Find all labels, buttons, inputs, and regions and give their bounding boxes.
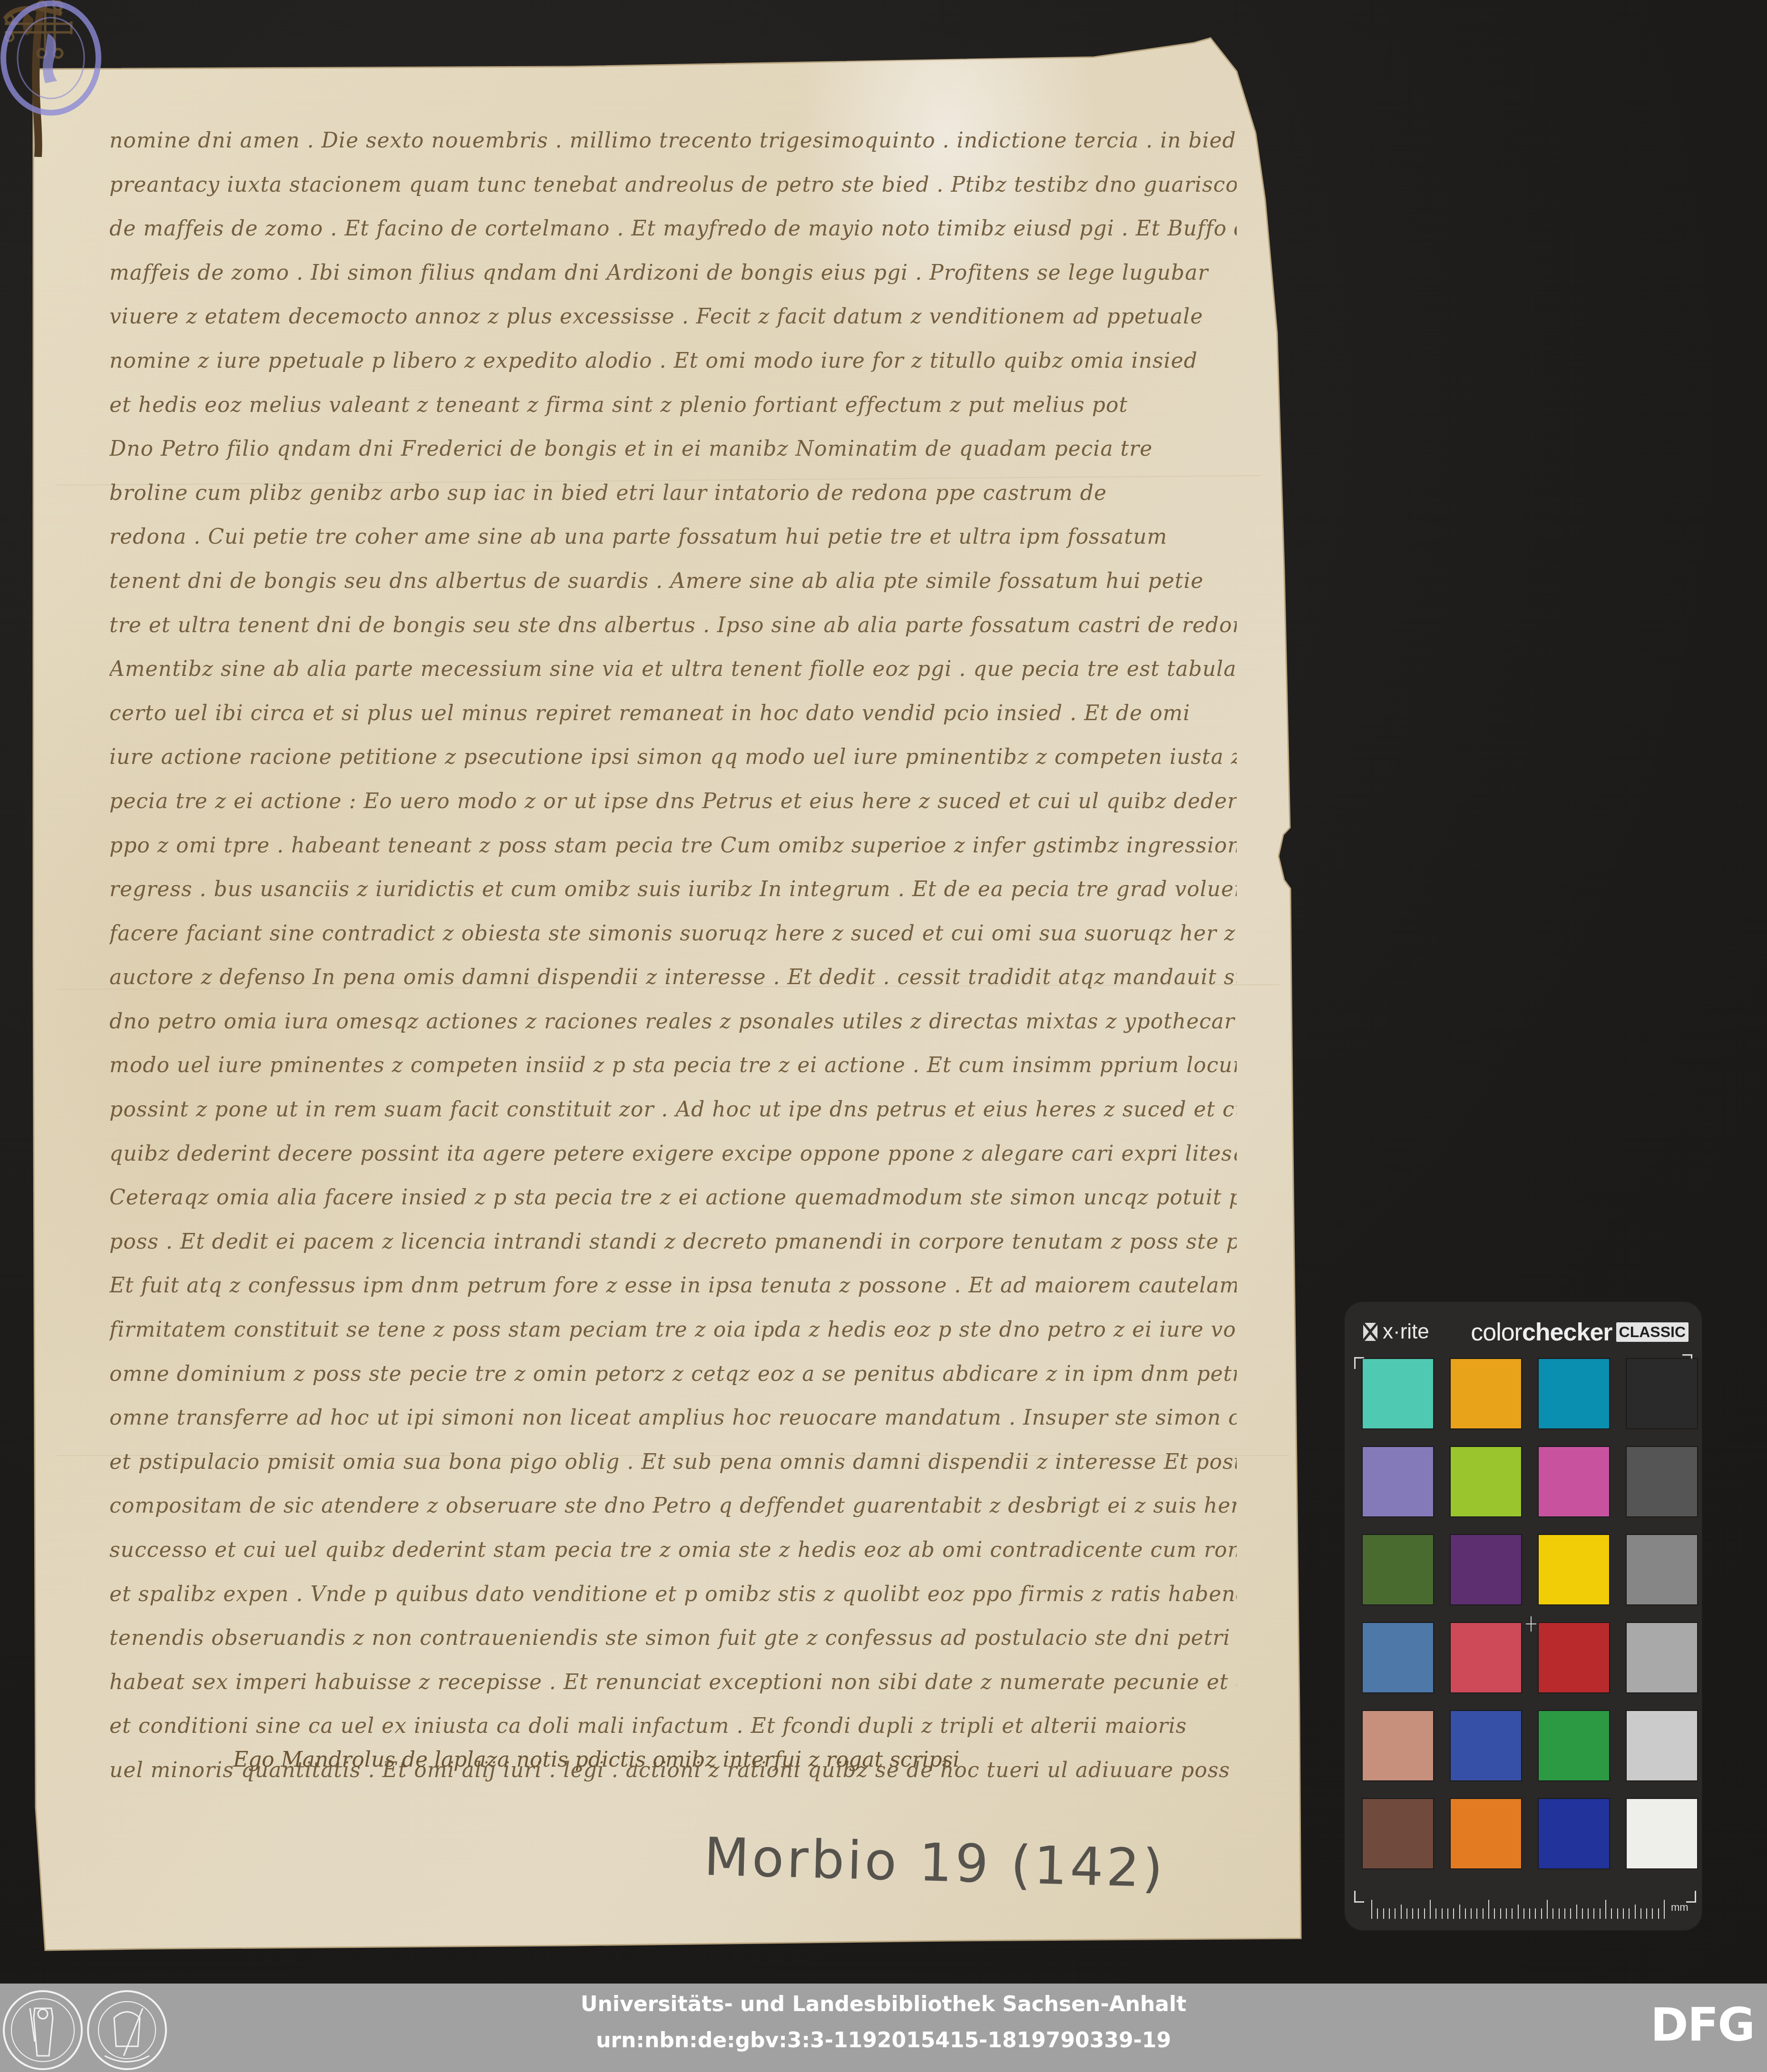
product-name-light: color (1471, 1318, 1522, 1347)
text-line: compositam de sic atendere z obseruare s… (109, 1484, 1237, 1528)
text-line: et spalibz expen . Vnde p quibus dato ve… (109, 1573, 1237, 1617)
footer-bar: Universitäts- und Landesbibliothek Sachs… (0, 1984, 1767, 2072)
text-line: preantacy iuxta stacionem quam tunc tene… (109, 163, 1237, 207)
text-line: dno petro omia iura omesqz actiones z ra… (109, 1000, 1237, 1044)
text-line: Amentibz sine ab alia parte mecessium si… (109, 647, 1237, 692)
charter-text: nomine dni amen . Die sexto nouembris . … (109, 119, 1237, 1793)
notary-subscription: Ego Mandrolus de laplaza notis pdictis o… (233, 1741, 1042, 1779)
color-patch (1451, 1711, 1521, 1780)
xrite-brand-text: x·rite (1383, 1320, 1429, 1344)
color-patch (1627, 1799, 1697, 1868)
mm-ruler (1371, 1898, 1676, 1922)
text-line: successo et cui uel quibz dederint stam … (109, 1528, 1237, 1573)
color-patch (1627, 1359, 1697, 1428)
color-patch (1451, 1623, 1521, 1692)
color-patch (1363, 1447, 1433, 1516)
text-line: tre et ultra tenent dni de bongis seu st… (109, 604, 1237, 648)
text-line: facere faciant sine contradict z obiesta… (109, 912, 1237, 956)
color-patch (1451, 1359, 1521, 1428)
urn-identifier: urn:nbn:de:gbv:3:3-1192015415-1819790339… (0, 2026, 1767, 2055)
edition-badge: CLASSIC (1616, 1322, 1689, 1342)
color-patch (1451, 1535, 1521, 1604)
color-patch (1363, 1535, 1433, 1604)
text-line: firmitatem constituit se tene z poss sta… (109, 1308, 1237, 1352)
dfg-logo: DFG (1650, 2007, 1753, 2043)
text-line: tenent dni de bongis seu dns albertus de… (109, 559, 1237, 604)
text-line: nomine dni amen . Die sexto nouembris . … (109, 119, 1237, 163)
color-patch (1627, 1447, 1697, 1516)
product-name-bold: checker (1522, 1318, 1612, 1347)
text-line: redona . Cui petie tre coher ame sine ab… (109, 515, 1237, 559)
text-line: omne dominium z poss ste pecie tre z omi… (109, 1352, 1237, 1397)
text-line: Ceteraqz omia alia facere insied z p sta… (109, 1176, 1237, 1220)
color-patch (1539, 1799, 1609, 1868)
xrite-logo: x·rite (1363, 1320, 1429, 1344)
library-stamp-icon (0, 0, 102, 117)
text-line: regress . bus usanciis z iuridictis et c… (109, 868, 1237, 912)
text-line: pecia tre z ei actione : Eo uero modo z … (109, 780, 1237, 824)
text-line: Dno Petro filio qndam dni Frederici de b… (109, 427, 1237, 471)
color-patch (1627, 1623, 1697, 1692)
text-line: et pstipulacio pmisit omia sua bona pigo… (109, 1440, 1237, 1485)
text-line: tenendis obseruandis z non contraueniend… (109, 1616, 1237, 1661)
color-patch (1451, 1447, 1521, 1516)
text-line: possint z pone ut in rem suam facit cons… (109, 1088, 1237, 1132)
color-patch (1451, 1799, 1521, 1868)
text-line: habeat sex imperi habuisse z recepisse .… (109, 1661, 1237, 1705)
text-line: maffeis de zomo . Ibi simon filius qndam… (109, 251, 1237, 295)
institution-name: Universitäts- und Landesbibliothek Sachs… (0, 1990, 1767, 2019)
text-line: viuere z etatem decemocto annoz z plus e… (109, 295, 1237, 339)
center-crosshair-icon (1526, 1616, 1536, 1632)
text-line: modo uel iure pminentes z competen insii… (109, 1044, 1237, 1088)
text-line: auctore z defenso In pena omis damni dis… (109, 956, 1237, 1000)
text-line: iure actione racione petitione z psecuti… (109, 735, 1237, 780)
color-patch (1539, 1535, 1609, 1604)
colorchecker-product-name: color checker CLASSIC (1471, 1319, 1689, 1345)
color-patch (1539, 1359, 1609, 1428)
text-line: quibz dederint decere possint ita agere … (109, 1132, 1237, 1176)
shelfmark: Morbio 19 (142) (703, 1811, 1133, 1913)
color-patch (1363, 1711, 1433, 1780)
color-patch (1363, 1359, 1433, 1428)
text-line: omne transferre ad hoc ut ipi simoni non… (109, 1396, 1237, 1440)
color-patch (1539, 1711, 1609, 1780)
color-patch (1363, 1623, 1433, 1692)
text-line: ppo z omi tpre . habeant teneant z poss … (109, 824, 1237, 868)
text-line: broline cum plibz genibz arbo sup iac in… (109, 471, 1237, 516)
color-patch (1539, 1447, 1609, 1516)
text-line: et hedis eoz melius valeant z teneant z … (109, 383, 1237, 428)
color-patch (1539, 1623, 1609, 1692)
xrite-x-icon (1363, 1322, 1378, 1342)
text-line: poss . Et dedit ei pacem z licencia intr… (109, 1220, 1237, 1264)
ruler-unit-label: mm (1671, 1901, 1689, 1914)
text-line: de maffeis de zomo . Et facino de cortel… (109, 207, 1237, 251)
color-patch (1363, 1799, 1433, 1868)
registration-mark-bottom-left (1354, 1891, 1364, 1903)
text-line: nomine z iure ppetuale p libero z expedi… (109, 339, 1237, 383)
text-line: Et fuit atq z confessus ipm dnm petrum f… (109, 1264, 1237, 1308)
color-patch (1627, 1711, 1697, 1780)
colorchecker-card: x·rite color checker CLASSIC (1344, 1301, 1703, 1931)
text-line: certo uel ibi circa et si plus uel minus… (109, 692, 1237, 736)
color-patch (1627, 1535, 1697, 1604)
